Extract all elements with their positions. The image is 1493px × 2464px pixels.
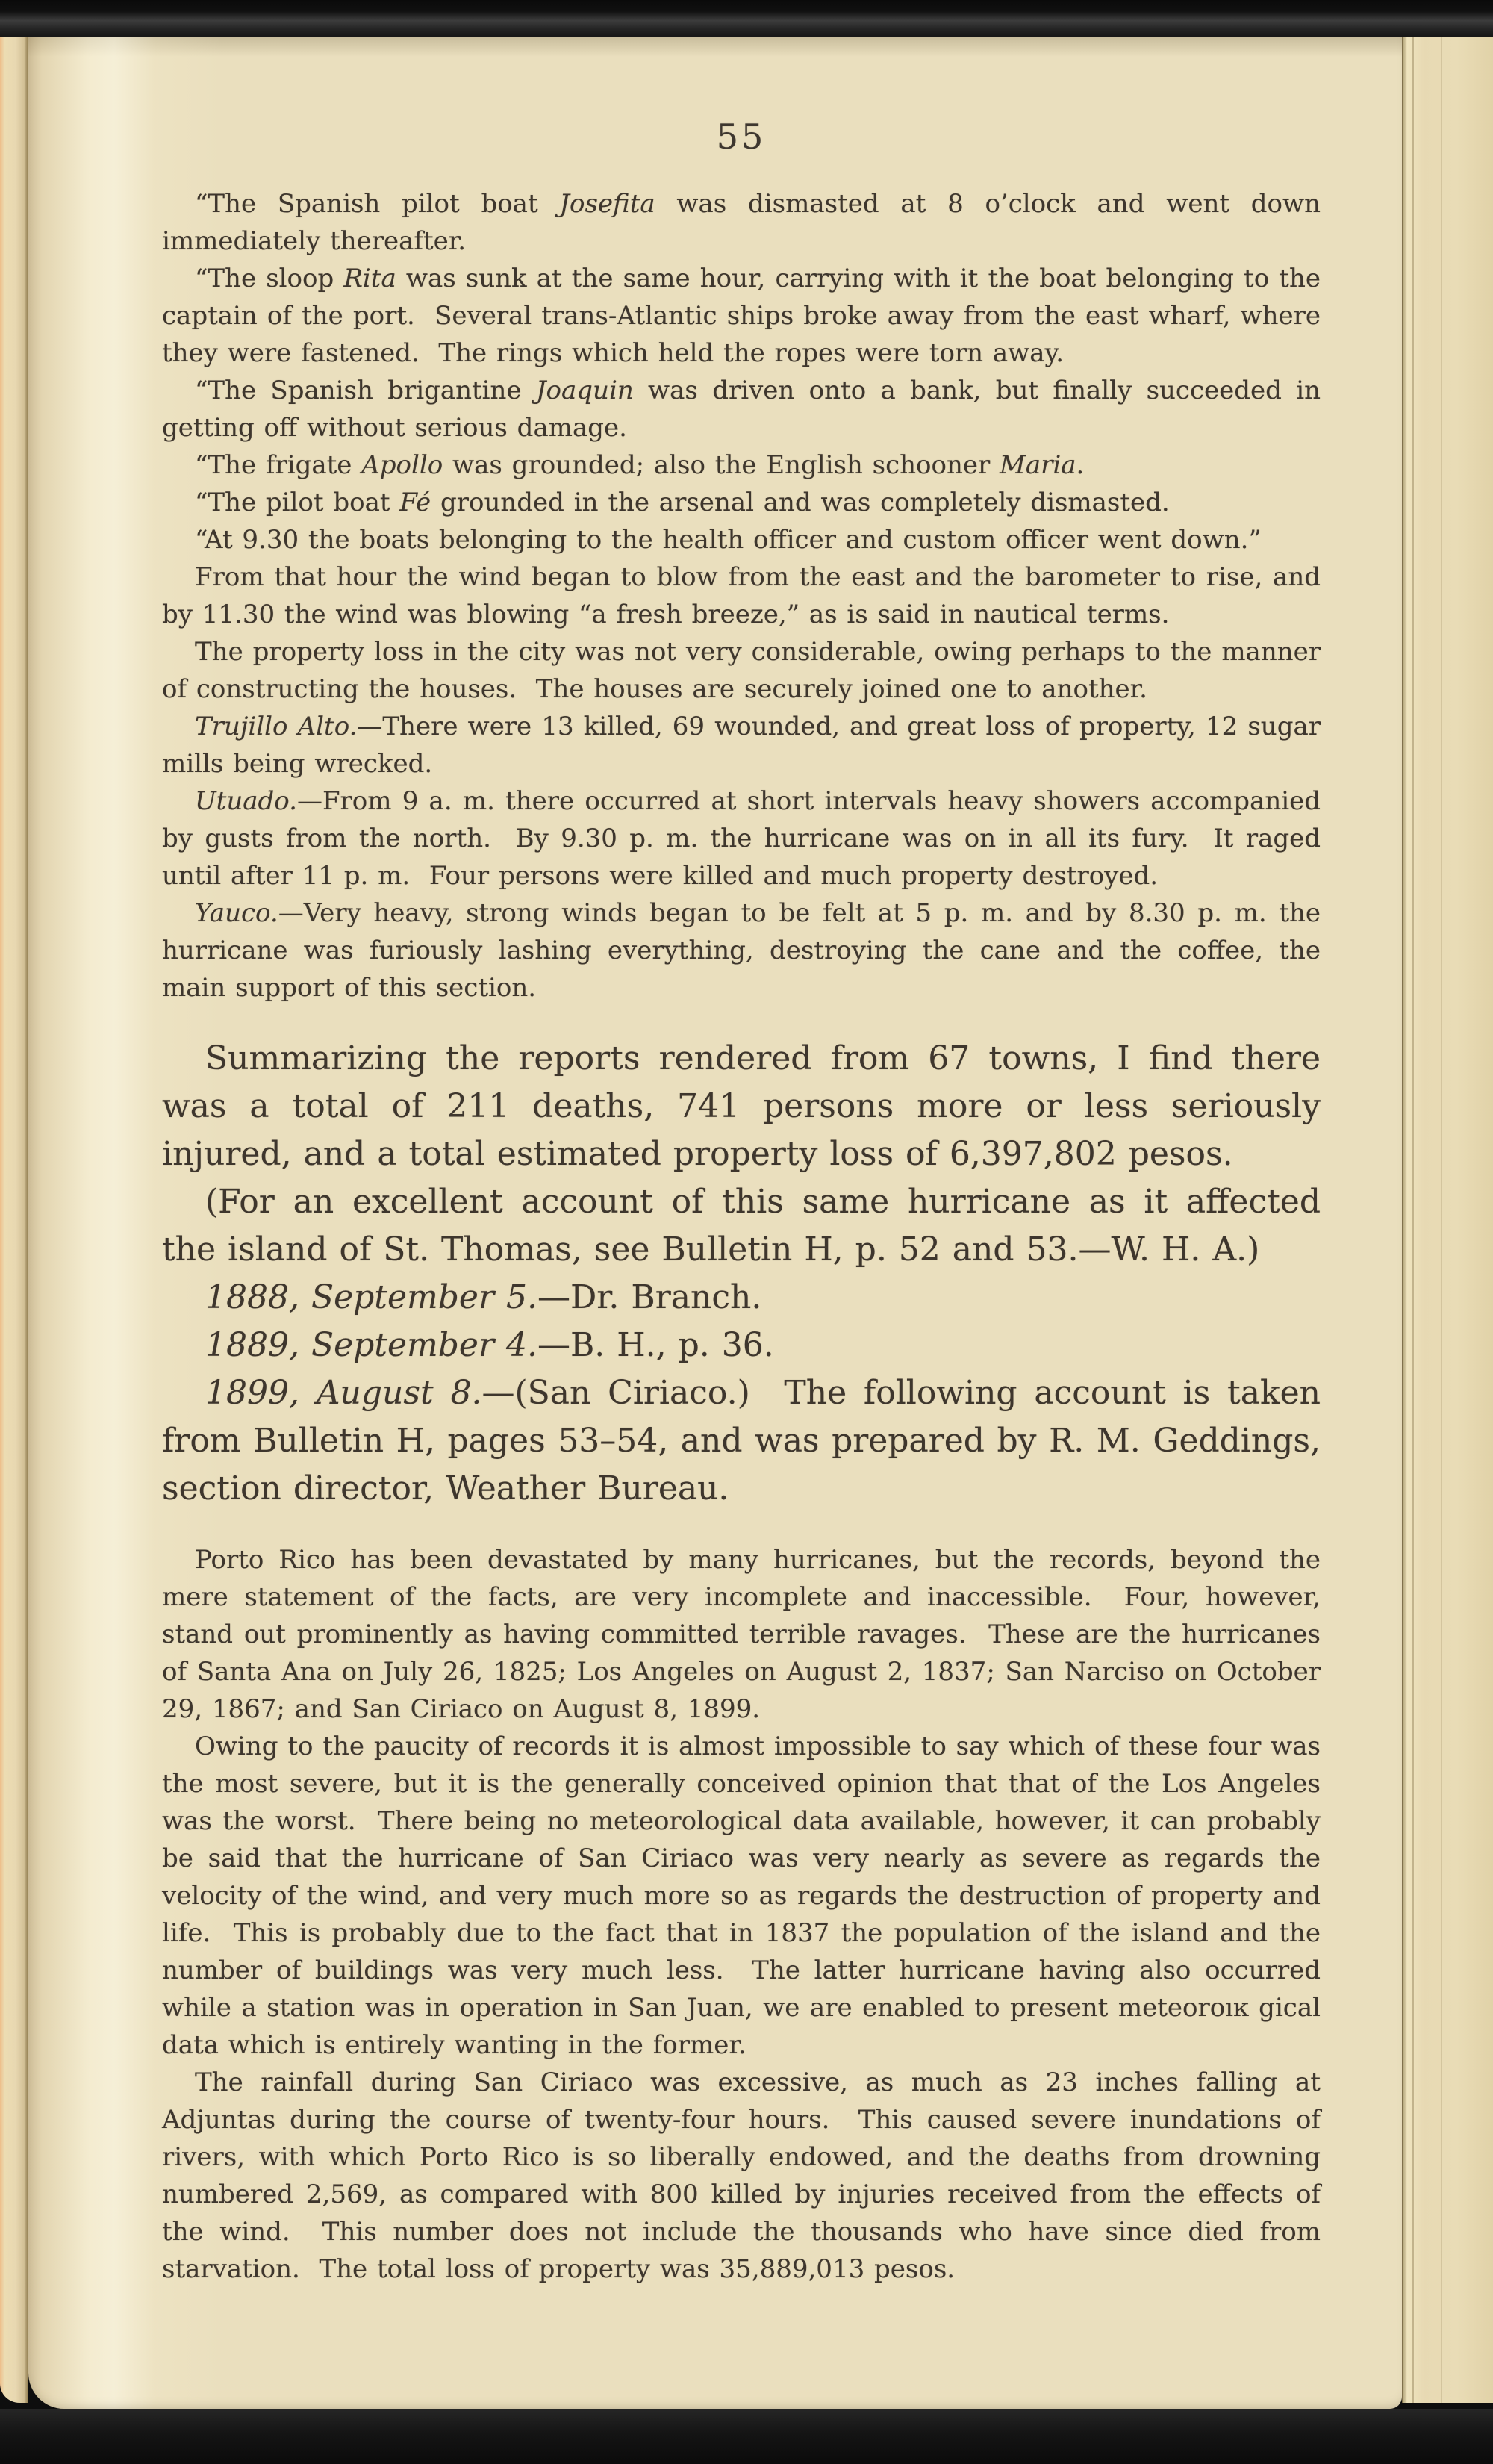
page-edge-line [1441,37,1442,2403]
paragraph: Yauco.—Very heavy, strong winds began to… [162,895,1321,1007]
paragraph: “At 9.30 the boats belonging to the heal… [162,521,1321,559]
paragraph: “The Spanish brigantine Joaquin was driv… [162,372,1321,447]
paragraph: Summarizing the reports rendered from 67… [162,1035,1321,1178]
book-cover-bottom-edge [0,2409,1493,2464]
paragraph: Trujillo Alto.—There were 13 killed, 69 … [162,708,1321,783]
page-edge-line [1412,37,1414,2403]
paragraph: Utuado.—From 9 a. m. there occurred at s… [162,783,1321,895]
paragraph: “The pilot boat Fé grounded in the arsen… [162,484,1321,521]
page-number: 55 [162,119,1321,154]
paragraph: From that hour the wind began to blow fr… [162,559,1321,633]
paragraph: Owing to the paucity of records it is al… [162,1728,1321,2064]
left-page-stack-edge [0,37,28,2403]
paragraph: 1889, September 4.—B. H., p. 36. [162,1322,1321,1369]
paragraph: “The sloop Rita was sunk at the same hou… [162,260,1321,372]
right-page-stack-edge [1402,37,1493,2403]
paragraph: 1899, August 8.—(San Ciriaco.) The follo… [162,1369,1321,1513]
page-text-body: “The Spanish pilot boat Josefita was dis… [162,185,1321,2288]
paragraph: “The frigate Apollo was grounded; also t… [162,447,1321,484]
paragraph: (For an excellent account of this same h… [162,1178,1321,1274]
paragraph: 1888, September 5.—Dr. Branch. [162,1274,1321,1322]
paragraph: Porto Rico has been devastated by many h… [162,1541,1321,1728]
paragraph: “The Spanish pilot boat Josefita was dis… [162,185,1321,260]
book-cover-top-edge [0,0,1493,37]
scanned-book-page: 55 “The Spanish pilot boat Josefita was … [0,0,1493,2464]
paragraph: The property loss in the city was not ve… [162,633,1321,708]
book-page: 55 “The Spanish pilot boat Josefita was … [28,37,1402,2409]
paragraph: The rainfall during San Ciriaco was exce… [162,2064,1321,2288]
